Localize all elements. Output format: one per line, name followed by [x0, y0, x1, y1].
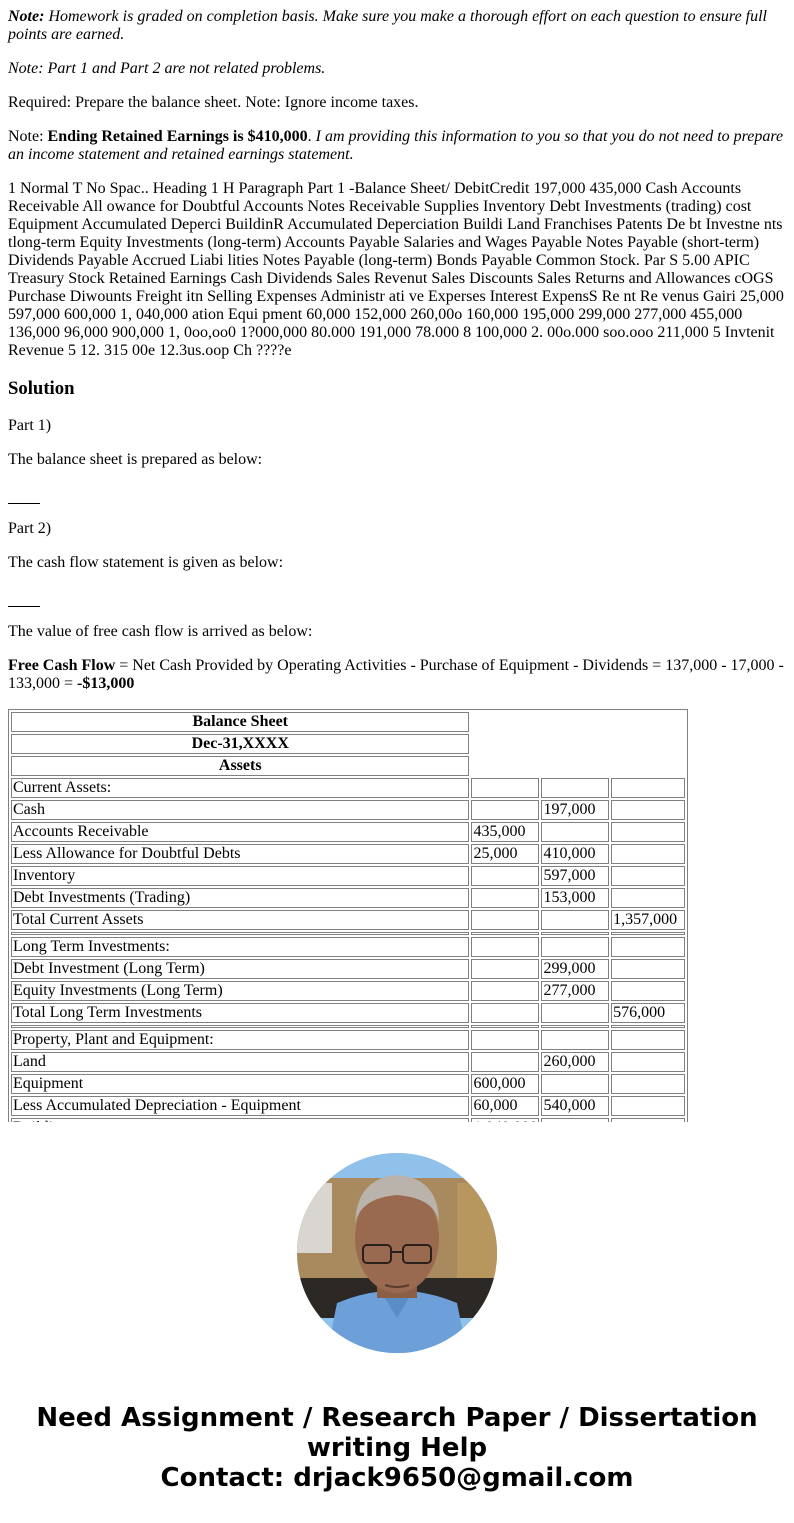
amount-col-2 — [541, 1003, 609, 1023]
amount-col-1 — [471, 866, 539, 886]
amount-col-2 — [541, 910, 609, 930]
row-label: Debt Investments (Trading) — [11, 888, 469, 908]
amount-col-2 — [541, 1118, 609, 1122]
balance-sheet-title: Balance Sheet — [11, 712, 469, 732]
amount-col-3 — [611, 778, 685, 798]
group-separator — [11, 1025, 685, 1028]
amount-col-3 — [611, 800, 685, 820]
table-row: Debt Investment (Long Term)299,000 — [11, 959, 685, 979]
amount-col-1 — [471, 981, 539, 1001]
amount-col-1: 435,000 — [471, 822, 539, 842]
table-row: Cash197,000 — [11, 800, 685, 820]
row-label: Current Assets: — [11, 778, 469, 798]
table-row: Long Term Investments: — [11, 937, 685, 957]
table-row: Less Allowance for Doubtful Debts25,0004… — [11, 844, 685, 864]
row-label: Equity Investments (Long Term) — [11, 981, 469, 1001]
amount-col-1 — [471, 800, 539, 820]
amount-col-1: 60,000 — [471, 1096, 539, 1116]
amount-col-2 — [541, 1074, 609, 1094]
amount-col-3 — [611, 981, 685, 1001]
promo-banner: Need Assignment / Research Paper / Disse… — [0, 1403, 794, 1493]
amount-col-3: 576,000 — [611, 1003, 685, 1023]
amount-col-3 — [611, 959, 685, 979]
amount-col-2: 410,000 — [541, 844, 609, 864]
table-row: Land260,000 — [11, 1052, 685, 1072]
part1-label: Part 1) — [8, 417, 786, 435]
amount-col-3 — [611, 1074, 685, 1094]
amount-col-2: 540,000 — [541, 1096, 609, 1116]
amount-col-2 — [541, 822, 609, 842]
amount-col-1 — [471, 1052, 539, 1072]
amount-col-3 — [611, 1118, 685, 1122]
table-row: Total Long Term Investments576,000 — [11, 1003, 685, 1023]
amount-col-1: 25,000 — [471, 844, 539, 864]
amount-col-3 — [611, 1096, 685, 1116]
group-separator — [11, 932, 685, 935]
part1-text: The balance sheet is prepared as below: — [8, 451, 786, 469]
row-label: Inventory — [11, 866, 469, 886]
amount-col-3 — [611, 822, 685, 842]
amount-col-2 — [541, 937, 609, 957]
amount-col-1 — [471, 910, 539, 930]
part2-text: The cash flow statement is given as belo… — [8, 554, 786, 572]
table-row: Accounts Receivable435,000 — [11, 822, 685, 842]
amount-col-2 — [541, 1030, 609, 1050]
row-label: Long Term Investments: — [11, 937, 469, 957]
row-label: Cash — [11, 800, 469, 820]
note-retained-earnings: Note: Ending Retained Earnings is $410,0… — [8, 128, 786, 164]
placeholder-rule — [8, 606, 40, 607]
table-row: Equipment600,000 — [11, 1074, 685, 1094]
amount-col-1 — [471, 888, 539, 908]
row-label: Debt Investment (Long Term) — [11, 959, 469, 979]
table-row: Property, Plant and Equipment: — [11, 1030, 685, 1050]
row-label: Less Allowance for Doubtful Debts — [11, 844, 469, 864]
amount-col-1: 1,040,000 — [471, 1118, 539, 1122]
table-row: Less Accumulated Depreciation - Equipmen… — [11, 1096, 685, 1116]
document-body: Note: Homework is graded on completion b… — [8, 8, 786, 709]
balance-sheet-section: Assets — [11, 756, 469, 776]
balance-sheet-container: Balance Sheet Dec-31,XXXX Assets Current… — [8, 709, 689, 1122]
note-label: Note: — [8, 8, 44, 25]
row-label: Land — [11, 1052, 469, 1072]
person-photo-icon — [297, 1153, 497, 1353]
amount-col-1 — [471, 1003, 539, 1023]
row-label: Equipment — [11, 1074, 469, 1094]
amount-col-3 — [611, 937, 685, 957]
row-label: Buildings — [11, 1118, 469, 1122]
fcf-formula: Free Cash Flow = Net Cash Provided by Op… — [8, 657, 786, 693]
amount-col-3 — [611, 1052, 685, 1072]
amount-col-2: 197,000 — [541, 800, 609, 820]
amount-col-2: 153,000 — [541, 888, 609, 908]
ocr-problem-text: 1 Normal T No Spac.. Heading 1 H Paragra… — [8, 180, 786, 360]
balance-sheet-table: Balance Sheet Dec-31,XXXX Assets Current… — [8, 709, 688, 1122]
amount-col-2: 277,000 — [541, 981, 609, 1001]
placeholder-rule — [8, 503, 40, 504]
row-label: Total Current Assets — [11, 910, 469, 930]
amount-col-2: 299,000 — [541, 959, 609, 979]
promo-line-1: Need Assignment / Research Paper / Disse… — [0, 1403, 794, 1433]
table-row: Current Assets: — [11, 778, 685, 798]
amount-col-1 — [471, 937, 539, 957]
amount-col-1 — [471, 778, 539, 798]
amount-col-3 — [611, 888, 685, 908]
table-row: Total Current Assets1,357,000 — [11, 910, 685, 930]
table-row: Buildings1,040,000 — [11, 1118, 685, 1122]
row-label: Accounts Receivable — [11, 822, 469, 842]
promo-line-2: writing Help — [0, 1433, 794, 1463]
part2-label: Part 2) — [8, 520, 786, 538]
required-text: Required: Prepare the balance sheet. Not… — [8, 94, 786, 112]
note-grading: Note: Homework is graded on completion b… — [8, 8, 786, 44]
note-parts: Note: Part 1 and Part 2 are not related … — [8, 60, 786, 78]
balance-sheet-date: Dec-31,XXXX — [11, 734, 469, 754]
amount-col-1 — [471, 1030, 539, 1050]
amount-col-2: 260,000 — [541, 1052, 609, 1072]
fcf-intro: The value of free cash flow is arrived a… — [8, 623, 786, 641]
amount-col-2 — [541, 778, 609, 798]
amount-col-3 — [611, 1030, 685, 1050]
row-label: Total Long Term Investments — [11, 1003, 469, 1023]
amount-col-3: 1,357,000 — [611, 910, 685, 930]
table-row: Debt Investments (Trading)153,000 — [11, 888, 685, 908]
amount-col-3 — [611, 844, 685, 864]
row-label: Property, Plant and Equipment: — [11, 1030, 469, 1050]
amount-col-3 — [611, 866, 685, 886]
table-row: Inventory597,000 — [11, 866, 685, 886]
row-label: Less Accumulated Depreciation - Equipmen… — [11, 1096, 469, 1116]
solution-heading: Solution — [8, 378, 786, 400]
amount-col-1 — [471, 959, 539, 979]
promo-contact[interactable]: Contact: drjack9650@gmail.com — [0, 1463, 794, 1493]
amount-col-2: 597,000 — [541, 866, 609, 886]
tutor-avatar — [297, 1153, 497, 1353]
table-row: Equity Investments (Long Term)277,000 — [11, 981, 685, 1001]
amount-col-1: 600,000 — [471, 1074, 539, 1094]
